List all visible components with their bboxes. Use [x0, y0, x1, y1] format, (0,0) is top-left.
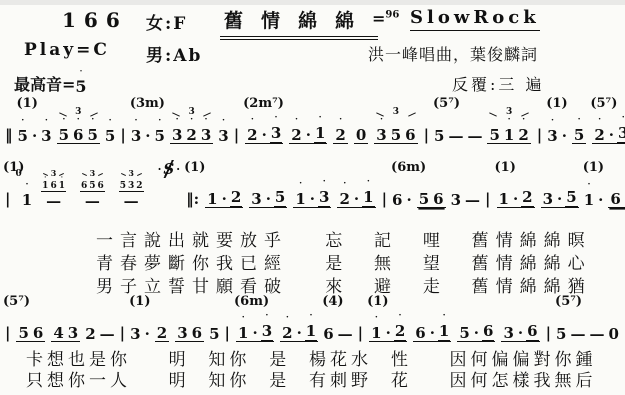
note: ˙1 — [305, 317, 317, 341]
beamed-group: ˙2 ·˙1 — [337, 183, 375, 208]
dot-separator: · — [305, 121, 312, 143]
barline: | — [382, 191, 387, 208]
note: 3 — [502, 319, 514, 341]
note-digit: 2 — [185, 128, 197, 143]
note: ˙2 — [593, 121, 605, 143]
note: 6 — [391, 186, 403, 208]
chord-text: (5⁷) — [555, 294, 582, 309]
note-digit: 4 — [52, 326, 64, 341]
note: 3 — [542, 185, 554, 207]
segno-s: S — [162, 160, 175, 178]
note: 5 — [89, 178, 95, 191]
beamed-group: ˙2 — [333, 121, 347, 144]
note-digit: 5 — [488, 128, 500, 143]
note: ˙2 — [517, 121, 529, 143]
duration-dash: — — [570, 327, 585, 342]
note: 1 — [498, 185, 510, 207]
triplet-group: 3˙1 6˙1 — [41, 178, 66, 192]
fill-notes: 3˙1 6˙1— — [38, 178, 69, 208]
note-digit: 5 — [573, 128, 585, 143]
beamed-group: 0 — [354, 121, 368, 144]
note: ˙3 — [171, 121, 183, 143]
lyrics-line: 青春夢斷你我已經 是 無 望 舊情綿綿心 內 — [96, 253, 625, 276]
barline: ‖ — [5, 127, 13, 144]
barline: | — [485, 191, 490, 208]
note-digit: · — [309, 192, 316, 207]
note-digit: 3 — [217, 129, 229, 144]
note-digit: 3 — [270, 126, 282, 143]
note-digit: 3 — [200, 128, 212, 143]
lyrics-line: 一言說出就要放乎 忘 記 哩 舊情綿綿暝 日 — [96, 230, 625, 253]
chord-text: (1) — [583, 160, 604, 175]
style-label: SlowRock — [410, 7, 540, 31]
note-digit: 3 — [261, 324, 273, 341]
note-digit: 3 — [129, 327, 141, 342]
note-digit: 1 — [294, 192, 306, 207]
note-digit: 6 — [98, 182, 104, 191]
note: 6 — [98, 178, 104, 191]
note-digit: 1 — [206, 192, 218, 207]
dot-separator: · — [562, 129, 567, 144]
note-digit: 2 — [246, 128, 258, 143]
note-digit: 5 — [17, 326, 29, 341]
song-number: 166 — [62, 8, 128, 32]
female-key: 女:F — [146, 9, 187, 34]
note: ˙2 — [290, 121, 302, 143]
note-digit: 6 — [609, 192, 621, 207]
note-digit: 2 — [230, 190, 242, 207]
note: 3 — [67, 319, 79, 341]
note: ˙5 — [104, 122, 116, 144]
credits: 洪一峰唱曲，葉俊麟詞 — [368, 42, 538, 65]
barline: | — [358, 325, 363, 342]
note-digit: 3 — [617, 126, 625, 143]
beamed-group: ˙1 ·˙3 — [236, 317, 274, 342]
fill-notes: 3 5 3 2— — [116, 178, 147, 208]
chord-text: (5⁷) — [3, 294, 30, 309]
note-digit: 5 — [154, 129, 166, 144]
dot-separator: · — [512, 185, 519, 207]
note-digit: 6 — [432, 192, 444, 207]
note: 2 — [230, 183, 242, 207]
note: 3 — [129, 320, 141, 342]
note-digit: · — [305, 128, 312, 143]
note: 5 — [208, 320, 220, 342]
duration-dash: — — [338, 327, 353, 342]
note: ˙3 — [375, 121, 387, 143]
beamed-group: 5 6 — [417, 185, 446, 208]
repeat-indicator: 反覆:三 遍 — [452, 72, 544, 95]
lyrics-block-verses: 一言說出就要放乎 忘 記 哩 舊情綿綿暝 日青春夢斷你我已經 是 無 望 舊情綿… — [96, 230, 625, 299]
note: ˙1 — [314, 119, 326, 143]
beamed-group: 3 · 5 — [541, 183, 579, 208]
note-digit: 1 — [42, 182, 48, 191]
note: 5 — [274, 183, 286, 207]
dot-separator: · — [309, 185, 316, 207]
note-digit: 3 — [40, 129, 52, 144]
chord-text: (1) — [546, 96, 567, 111]
music-system-1: ‖(1)˙5·˙33˙5˙6˙5˙5|(3m)˙3·˙53˙3˙2˙3˙3|(2… — [2, 98, 625, 144]
page-top-edge — [0, 0, 625, 5]
note: 6 — [50, 178, 56, 191]
barline: | — [424, 127, 429, 144]
note: 3 — [250, 185, 262, 207]
dot-separator: · — [406, 193, 411, 208]
duration-dash: — — [589, 327, 604, 342]
note: 6 — [482, 317, 494, 341]
chord-text: (1) — [367, 294, 388, 309]
note-digit: 5 — [418, 192, 430, 207]
note-digit: · — [429, 326, 436, 341]
barline: ‖: — [186, 191, 199, 208]
note: ˙2 — [394, 317, 406, 341]
barline: | — [5, 191, 10, 208]
note-digit: 5 — [390, 128, 402, 143]
dot-separator: · — [353, 185, 360, 207]
note: 3 — [176, 319, 188, 341]
beamed-group: 1 · 2 — [497, 183, 535, 208]
note-digit: 0 — [607, 327, 619, 342]
beamed-group: ˙2 ·˙1 — [280, 317, 318, 342]
note-digit: 1 — [314, 126, 326, 143]
note-digit: 1 — [503, 128, 515, 143]
music-system-2: (1)|0˙13˙1 6˙1—3 6 5 6—3 5 3 2—·S·(1)‖: … — [2, 162, 625, 208]
note: 6 — [404, 121, 416, 143]
dot-separator: · — [517, 319, 524, 341]
note-digit: 5 — [555, 327, 567, 342]
tempo-value: 96 — [385, 10, 399, 21]
note: 5 — [17, 319, 29, 341]
note-digit: 3 — [450, 193, 462, 208]
note: 0 — [355, 121, 367, 143]
note-digit: 2 — [281, 326, 293, 341]
triplet-number: 3 — [393, 108, 399, 117]
beamed-group: 6 ·˙1 — [413, 317, 451, 342]
note: 6 — [609, 185, 621, 207]
highest-note-value: ˙5 — [75, 73, 86, 95]
note: ˙3 — [200, 121, 212, 143]
note-digit: 6 — [404, 128, 416, 143]
note: 6 — [81, 178, 87, 191]
chord-text: (4) — [322, 294, 343, 309]
triplet-number: 3 — [128, 169, 134, 178]
note: 6 — [414, 319, 426, 341]
duration-dash: — — [46, 194, 61, 208]
beamed-group: ˙1 ·˙2 — [369, 317, 407, 342]
note: 2 — [156, 319, 168, 341]
note-digit: · — [385, 326, 392, 341]
triplet-group: 3 5 3 2 — [119, 178, 144, 192]
note-digit: · — [296, 326, 303, 341]
note: ˙3 — [40, 122, 52, 144]
note: ˙5 — [573, 121, 585, 143]
segno-dot: · — [158, 163, 162, 176]
note-digit: 5 — [104, 129, 116, 144]
triplet-number: 3 — [75, 108, 81, 117]
triplet-number: 3 — [506, 108, 512, 117]
note: ˙3 — [130, 122, 142, 144]
note-digit: 3 — [375, 128, 387, 143]
dot-separator: · — [556, 185, 563, 207]
note: 6 — [432, 185, 444, 207]
dot-separator: · — [265, 185, 272, 207]
note-digit: 5 — [458, 326, 470, 341]
note: ˙3 — [270, 119, 282, 143]
dot-separator: · — [429, 319, 436, 341]
note-digit: 3 — [67, 326, 79, 341]
beamed-group: ˙2 ·˙3 — [592, 119, 625, 144]
note-digit: 5 — [208, 327, 220, 342]
play-key: Play=C — [24, 40, 110, 60]
note: 3 — [128, 178, 134, 191]
triplet-group: 3 5˙1˙2 — [487, 121, 530, 144]
fill-notes: 3 6 5 6— — [77, 178, 108, 208]
note: ˙2 — [246, 121, 258, 143]
note-digit: · — [556, 192, 563, 207]
note: 2 — [521, 183, 533, 207]
tempo-eq: = — [372, 9, 385, 28]
note: ˙5 — [17, 122, 29, 144]
beamed-group: 3 6 — [175, 319, 204, 342]
lyrics-line: 卡想也是你 明 知你 是 楊花水 性 因何偏偏對你鍾 情 — [26, 350, 625, 371]
chord-text: (6m) — [391, 160, 426, 175]
note-digit: 2 — [593, 128, 605, 143]
note: ˙1 — [438, 317, 450, 341]
note-digit: · — [608, 128, 615, 143]
barline: | — [234, 127, 239, 144]
beamed-group: 5 · 6 — [457, 317, 495, 342]
dot-separator: · — [221, 185, 228, 207]
barline: | — [120, 325, 125, 342]
note-digit: 6 — [81, 182, 87, 191]
note-digit: 1 — [370, 326, 382, 341]
highest-note: 最高音=˙5 — [14, 72, 87, 95]
triplet-group: 3˙3 5 6 — [374, 121, 417, 144]
note: ˙3 — [318, 183, 330, 207]
note: ˙1 — [21, 186, 33, 208]
note: ˙1 — [362, 183, 374, 207]
lyrics-block-chorus: 卡想也是你 明 知你 是 楊花水 性 因何偏偏對你鍾 情只想你一人 明 知你 是… — [26, 350, 625, 392]
note: 6 — [526, 317, 538, 341]
note: 5 — [565, 183, 577, 207]
chord-text: (1) — [495, 160, 516, 175]
dot-separator: · — [296, 319, 303, 341]
note-digit: 6 — [414, 326, 426, 341]
beamed-group: 3 · 5 — [249, 183, 287, 208]
note: 5 — [458, 319, 470, 341]
note: ˙1 — [59, 178, 65, 191]
note-digit: 6 — [482, 324, 494, 341]
note-digit: 3 — [250, 192, 262, 207]
note: 6 — [322, 320, 334, 342]
note: ˙1 — [503, 121, 515, 143]
note-digit: 3 — [128, 182, 134, 191]
note-digit: · — [512, 192, 519, 207]
note: ˙3 — [217, 122, 229, 144]
note: 1 — [206, 185, 218, 207]
note-digit: 2 — [290, 128, 302, 143]
note-digit: 1 — [362, 190, 374, 207]
note-digit: 2 — [338, 192, 350, 207]
note-digit: 5 — [17, 129, 29, 144]
segno-dot: · — [176, 163, 180, 176]
note-digit: · — [251, 326, 258, 341]
beamed-group: 1 · 2 — [205, 183, 243, 208]
highest-note-label: 最高音= — [14, 75, 75, 94]
dot-separator: · — [385, 319, 392, 341]
duration-dash: — — [465, 193, 480, 208]
duration-dash: — — [467, 129, 482, 144]
barline: | — [5, 325, 10, 342]
note-digit: 5 — [433, 129, 445, 144]
note-digit: 1 — [237, 326, 249, 341]
triplet-number: 3 — [51, 169, 57, 178]
note-digit: 1 — [438, 324, 450, 341]
note-digit: 2 — [394, 324, 406, 341]
note: ˙3 — [546, 122, 558, 144]
note-digit: 6 — [72, 128, 84, 143]
note: ˙5 — [154, 122, 166, 144]
note-digit: 3 — [176, 326, 188, 341]
dot-separator: · — [145, 129, 150, 144]
note-digit: 6 — [50, 182, 56, 191]
triplet-number: 3 — [188, 108, 194, 117]
duration-dash: — — [448, 129, 463, 144]
note-digit: 3 — [130, 129, 142, 144]
dot-separator: · — [473, 319, 480, 341]
note-digit: 1 — [21, 193, 33, 208]
lyrics-line: 只想你一人 明 知你 是 有刺野 花 因何怎樣我無后 悔 — [26, 371, 625, 392]
note: ˙6 — [72, 121, 84, 143]
dot-separator: · — [32, 129, 37, 144]
note-digit: 5 — [86, 128, 98, 143]
note: 5 — [488, 121, 500, 143]
page-title: 舊情綿綿 — [220, 6, 378, 40]
note: 6 — [32, 319, 44, 341]
triplet-number: 3 — [90, 169, 96, 178]
beamed-group: 2 — [155, 319, 169, 342]
note-digit: 1 — [583, 193, 595, 208]
dot-separator: · — [261, 121, 268, 143]
note-digit: 0 — [355, 128, 367, 143]
note: 6 — [191, 319, 203, 341]
note-digit: · — [517, 326, 524, 341]
note-digit: 5 — [274, 190, 286, 207]
note: ˙2 — [185, 121, 197, 143]
note-digit: 6 — [391, 193, 403, 208]
duration-dash: — — [85, 194, 100, 208]
note: 0 — [607, 320, 619, 342]
note-digit: 6 — [526, 324, 538, 341]
note: ˙1 — [583, 186, 595, 208]
beamed-group: ˙2 ·˙1 — [289, 119, 327, 144]
note-digit: 2 — [521, 190, 533, 207]
chord-text: (1) — [3, 160, 24, 175]
note: 5 — [433, 122, 445, 144]
music-system-3: (5⁷)| 5 6 4 3 2—|(1) 3· 2 3 6 5|(6m)˙1 ·… — [2, 296, 621, 342]
note: ˙1 — [237, 319, 249, 341]
barline: | — [120, 127, 125, 144]
duration-dash: — — [100, 327, 115, 342]
note-digit: 6 — [32, 326, 44, 341]
note: ˙5 — [58, 121, 70, 143]
note-digit: 2 — [334, 128, 346, 143]
note-digit: 3 — [171, 128, 183, 143]
chord-text: (3m) — [130, 96, 165, 111]
tempo-marking: =96 — [372, 9, 399, 28]
barline: | — [537, 127, 542, 144]
note: ˙1 — [42, 178, 48, 191]
chord-text: (2m⁷) — [243, 96, 284, 111]
note: 5 — [120, 178, 126, 191]
note-digit: 2 — [84, 327, 96, 342]
note-digit: 3 — [318, 190, 330, 207]
note-digit: 3 — [546, 129, 558, 144]
chord-text: (1) — [17, 96, 38, 111]
note: 5 — [555, 320, 567, 342]
note: ˙3 — [261, 317, 273, 341]
note: ˙2 — [338, 185, 350, 207]
note-digit: 6 — [191, 326, 203, 341]
note-digit: 2 — [156, 326, 168, 341]
chord-text: (5⁷) — [590, 96, 617, 111]
triplet-group: 3˙5˙6˙5 — [57, 121, 100, 144]
note-digit: 6 — [322, 327, 334, 342]
segno-icon: ·S· — [157, 160, 182, 178]
triplet-group: 3 6 5 6 — [80, 178, 105, 192]
beamed-group: ˙2 ·˙3 — [245, 119, 283, 144]
beamed-group: 4 3 — [51, 319, 80, 342]
note-digit: 5 — [89, 182, 95, 191]
note-digit: 1 — [305, 324, 317, 341]
chord-text: (1) — [184, 160, 205, 175]
note-digit: 5 — [120, 182, 126, 191]
barline: | — [225, 325, 230, 342]
beamed-group: 3 · 6 — [501, 317, 539, 342]
note: 2 — [136, 178, 142, 191]
beamed-group: ˙1 ·˙3 — [293, 183, 331, 208]
note: ˙2 — [334, 121, 346, 143]
beamed-group: ˙5 — [572, 121, 586, 144]
note-digit: · — [265, 192, 272, 207]
note: ˙1 — [294, 185, 306, 207]
note-digit: 5 — [58, 128, 70, 143]
note: 2 — [84, 320, 96, 342]
dot-separator: · — [145, 327, 150, 342]
beamed-group: 6˙1 — [608, 185, 625, 208]
chord-text: (6m) — [234, 294, 269, 309]
note-digit: 1 — [59, 182, 65, 191]
note-digit: 1 — [498, 192, 510, 207]
note-digit: · — [473, 326, 480, 341]
note-digit: 3 — [542, 192, 554, 207]
note-digit: · — [261, 128, 268, 143]
duration-dash: — — [124, 194, 139, 208]
note-digit: · — [353, 192, 360, 207]
note: 5 — [418, 185, 430, 207]
note-digit: 5 — [565, 190, 577, 207]
dot-separator: · — [598, 193, 603, 208]
chord-text: (5⁷) — [433, 96, 460, 111]
barline: | — [546, 325, 551, 342]
beamed-group: 5 6 — [16, 319, 45, 342]
dot-separator: · — [608, 121, 615, 143]
note: ˙5 — [86, 121, 98, 143]
note-digit: · — [221, 192, 228, 207]
note: ˙2 — [281, 319, 293, 341]
note: 3 — [450, 186, 462, 208]
dot-separator: · — [251, 319, 258, 341]
